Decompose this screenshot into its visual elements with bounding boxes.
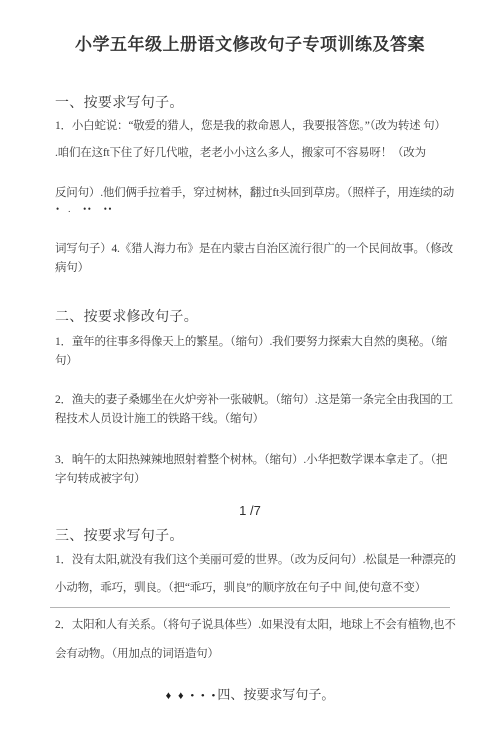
text-line: 2．太阳和人有关系。（将句子说具体些）.如果没有太阳，地球上不会有植物,也不 <box>55 618 453 633</box>
section-2-heading: 二、按要求修改句子。 <box>55 306 198 326</box>
text-line: 小动物，乖巧，驯良。（把“乖巧，驯良”的顺序放在句子中 间,使句意不变） <box>55 581 453 596</box>
text-line: 反问句）.他们俩手拉着手，穿过树林，翻过ft头回到草房。（照样子，用连续的动 <box>55 186 453 201</box>
text-line: 病句） <box>55 261 453 276</box>
text-line: 2．渔夫的妻子桑娜坐在火炉旁补一张破帆。（缩句）.这是第一条完全由我国的工 <box>55 393 453 408</box>
page-title: 小学五年级上册语文修改句子专项训练及答案 <box>0 30 500 55</box>
text-line: 程技术人员设计施工的铁路干线。（缩句） <box>55 412 453 427</box>
footer-line: ♦ ♦ • • •四、按要求写句子。 <box>0 684 500 703</box>
horizontal-divider <box>50 607 450 608</box>
emphasis-dots: • . •• •• <box>56 204 113 214</box>
text-line: 3．晌午的太阳热辣辣地照射着整个树林。（缩句）.小华把数学课本拿走了。（把 <box>55 453 453 468</box>
section-4-heading: 四、按要求写句子。 <box>217 687 334 702</box>
section-3-heading: 三、按要求写句子。 <box>55 525 184 545</box>
text-line: 词写句子）4.《猎人海力布》是在内蒙古自治区流行很广的一个民间故事。（修改 <box>55 242 453 257</box>
text-line: 1．没有太阳,就没有我们这个美丽可爱的世界。（改为反问句）.松鼠是一种漂亮的 <box>55 553 453 568</box>
text-line: 会有动物。（用加点的词语造句） <box>55 647 453 662</box>
text-line: 句） <box>55 354 453 369</box>
section-1-heading: 一、按要求写句子。 <box>55 92 184 112</box>
page-number: 1 /7 <box>0 503 500 518</box>
text-line: .咱们在这ft下住了好几代啦，老老小小这么多人，搬家可不容易呀！（改为 <box>55 146 453 161</box>
text-line: 1．童年的往事多得像天上的繁星。（缩句）.我们要努力探索大自然的奥秘。（缩 <box>55 335 453 350</box>
document-page: 小学五年级上册语文修改句子专项训练及答案 一、按要求写句子。 1．小白蛇说：“敬… <box>0 0 500 747</box>
text-line: 1．小白蛇说：“敬爱的猎人，您是我的救命恩人，我要报答您。”（改为转述 句） <box>55 119 453 134</box>
diamond-bullet-icons: ♦ ♦ • • • <box>166 690 218 702</box>
text-line: 字句转成被字句） <box>55 472 453 487</box>
